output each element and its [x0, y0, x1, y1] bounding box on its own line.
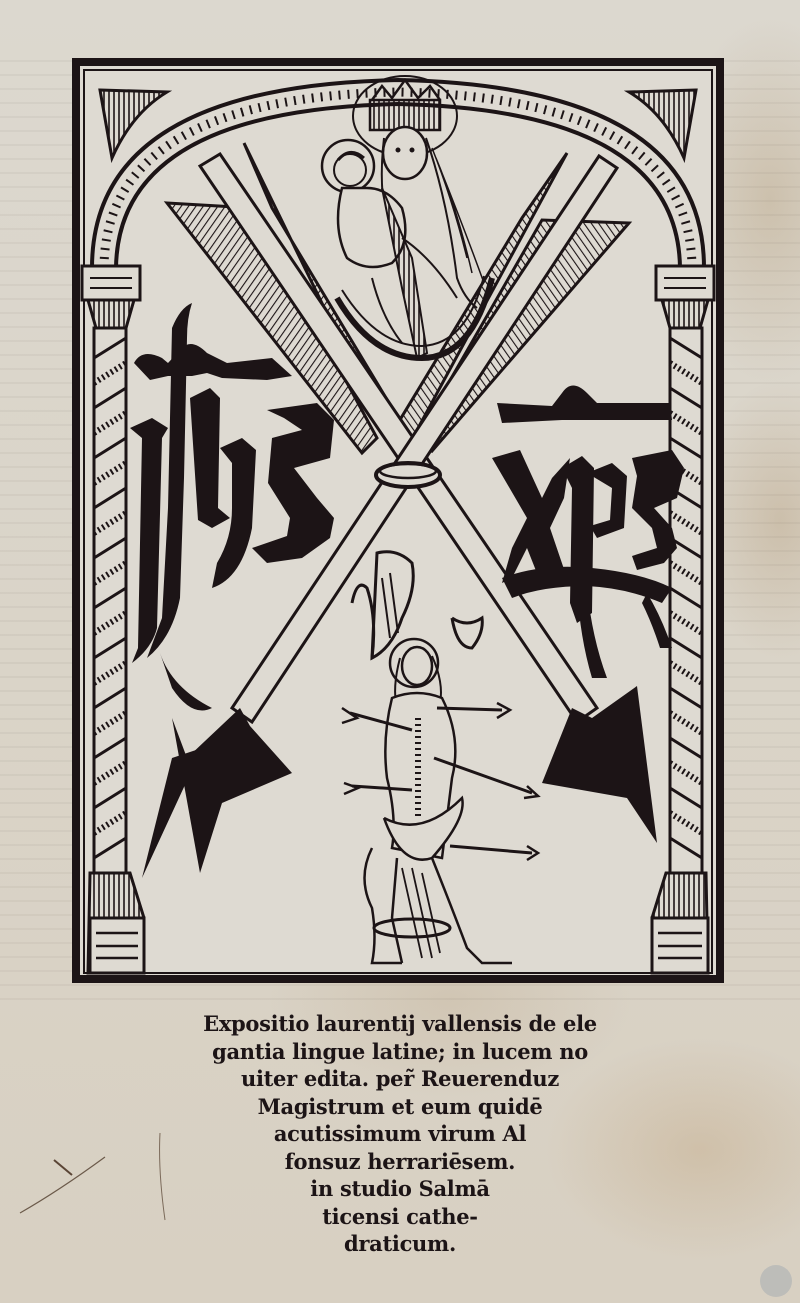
colophon-line-3: uiter edita. per̃ Reuerenduz: [150, 1065, 650, 1093]
colophon-line-6: fonsuz herrariēsem.: [150, 1148, 650, 1176]
colophon-line-4: Magistrum et eum quidē: [150, 1093, 650, 1121]
paper-stain: [760, 1265, 792, 1297]
colophon-line-7: in studio Salmā: [150, 1175, 650, 1203]
colophon-line-8: ticensi cathe-: [150, 1203, 650, 1231]
colophon-line-5: acutissimum virum Al: [150, 1120, 650, 1148]
arrow-tie-band: [376, 463, 440, 487]
colophon-line-1: Expositio laurentij vallensis de ele: [150, 1010, 650, 1038]
colophon-text-block: Expositio laurentij vallensis de ele gan…: [150, 1010, 650, 1258]
colophon-line-2: gantia lingue latine; in lucem no: [150, 1038, 650, 1066]
woodcut-illustration: [72, 58, 724, 983]
colophon-line-9: draticum.: [150, 1230, 650, 1258]
